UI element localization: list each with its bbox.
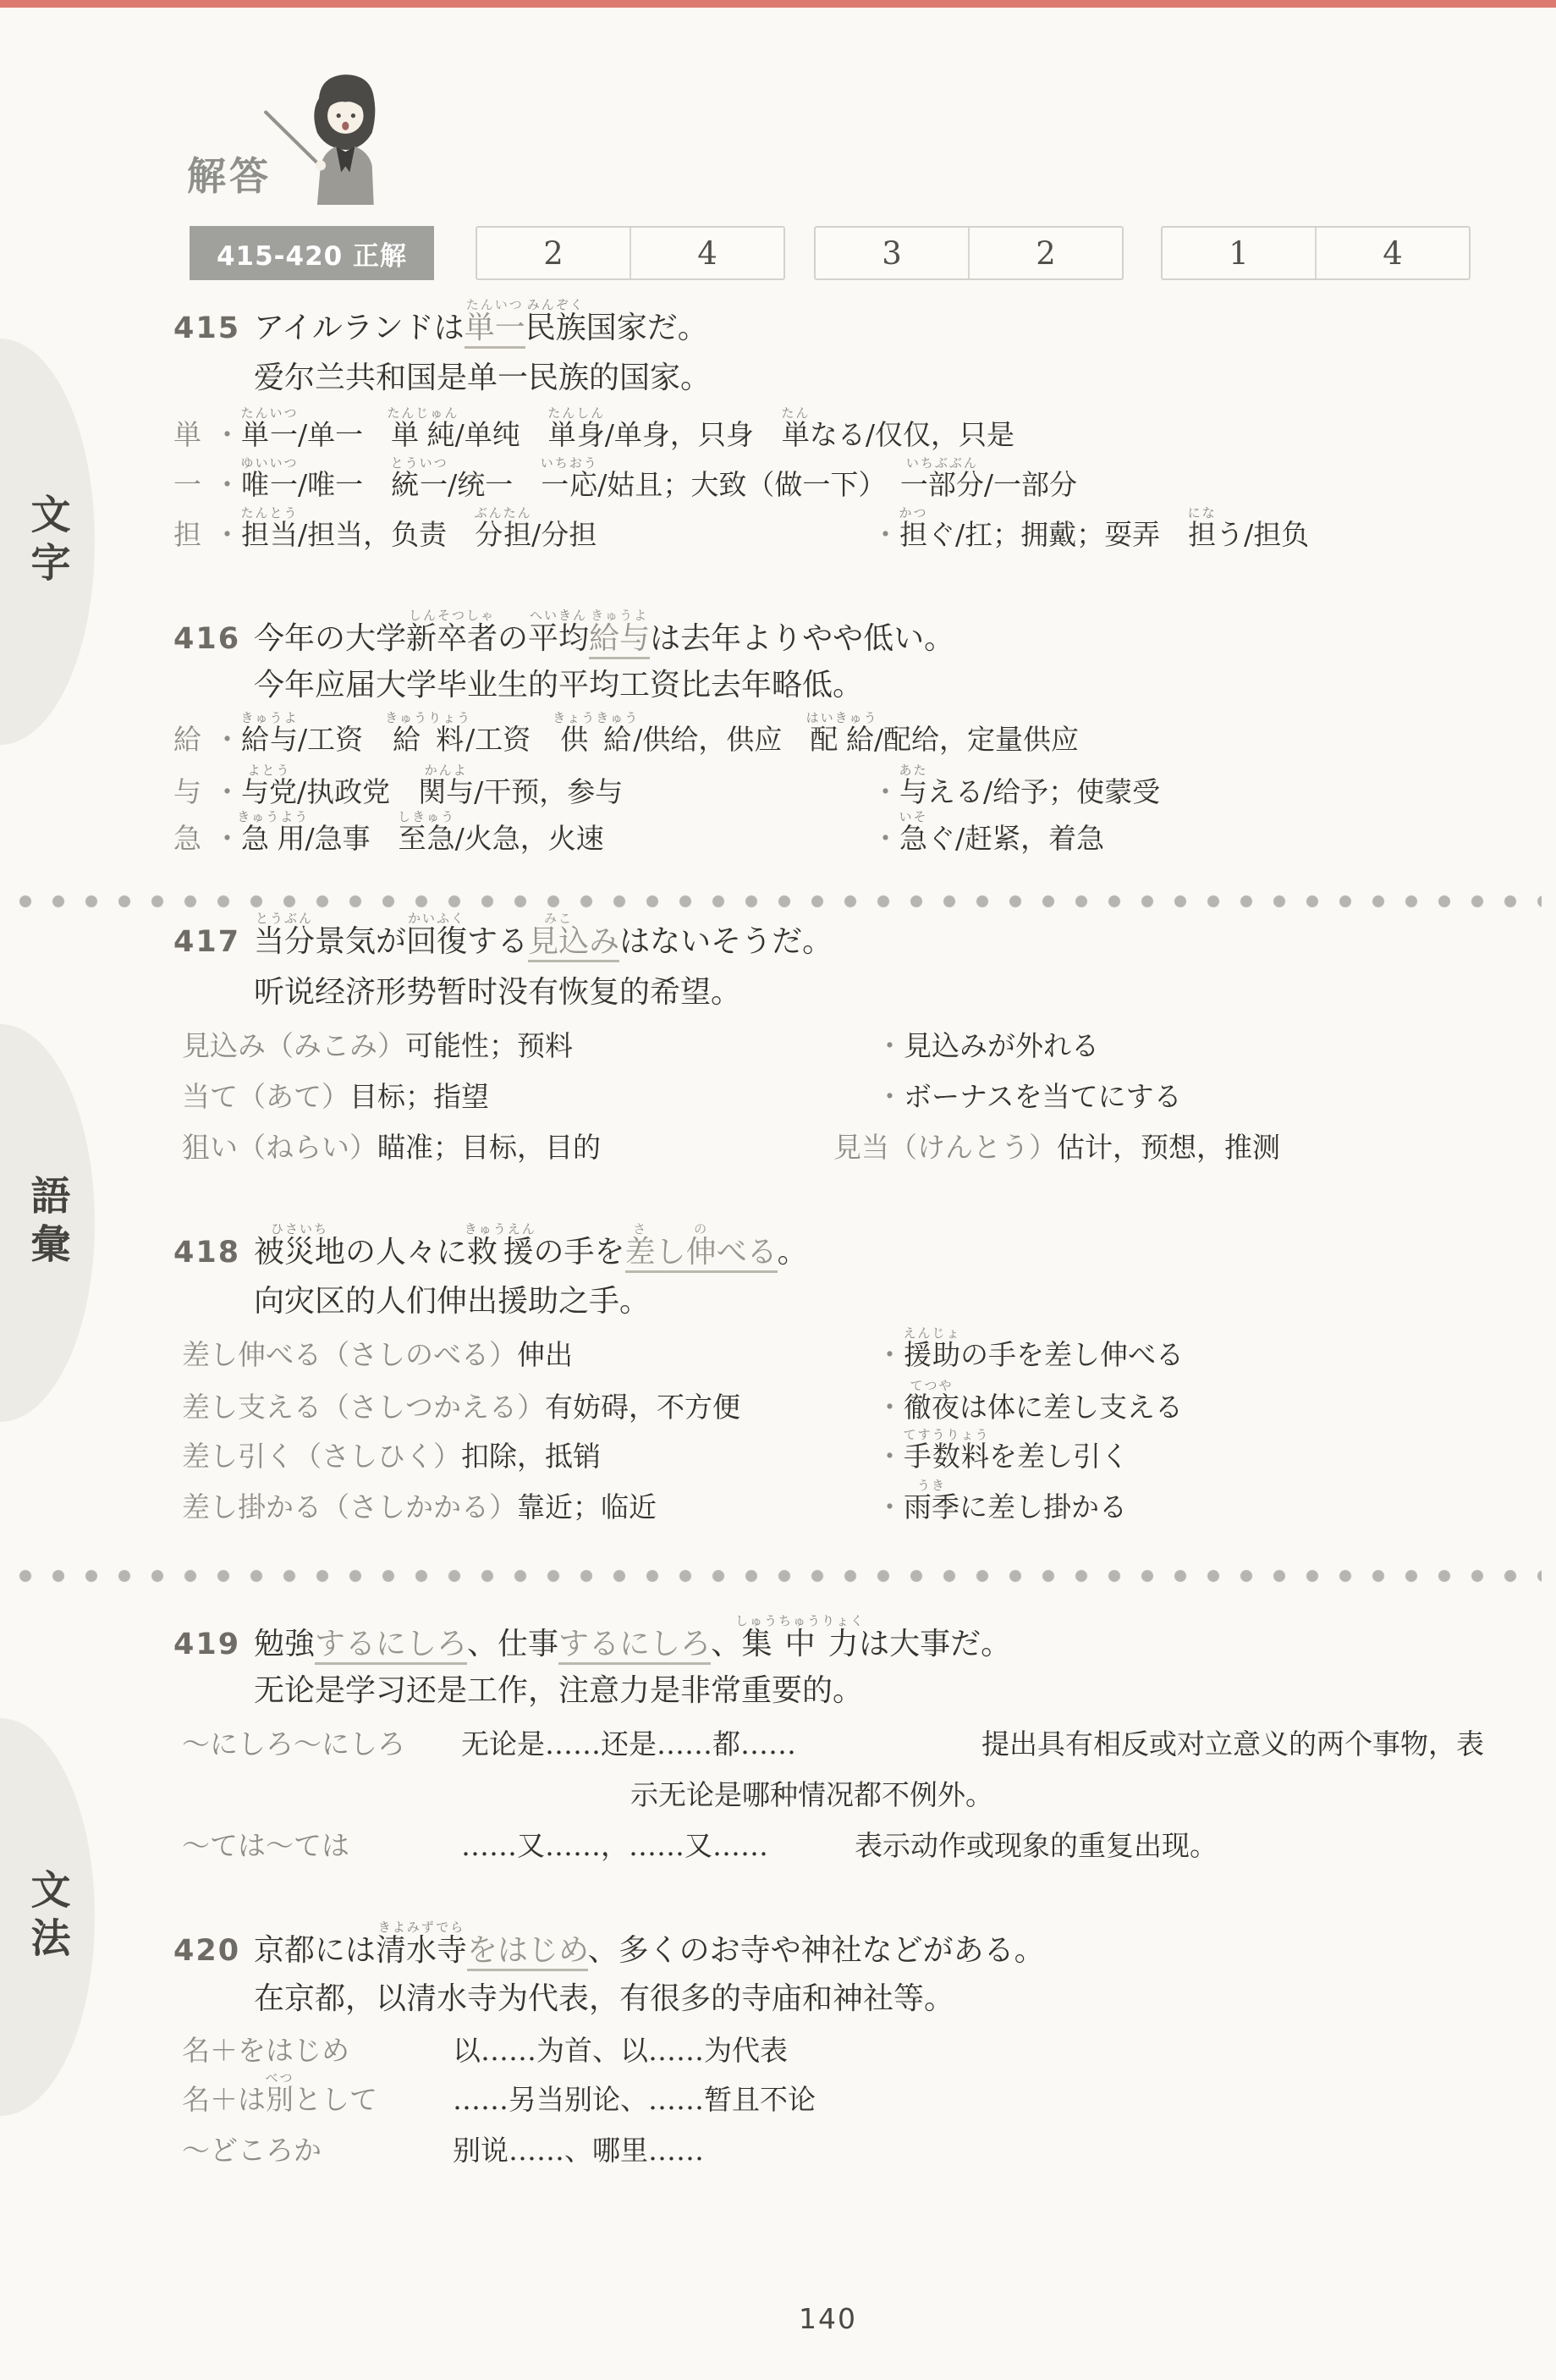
- text-chunk: ・急いそぐ/赶紧，着急: [871, 809, 1104, 854]
- ruby-word: 統一とういつ: [391, 468, 448, 501]
- text-segment: 差し引く（さしひく）: [182, 1440, 461, 1473]
- text-chunk: 向灾区的人们伸出援助之手。: [254, 1286, 650, 1318]
- answer-word: するにしろ: [315, 1627, 467, 1665]
- text-chunk: ・見込みが外れる: [876, 1032, 1099, 1061]
- text-segment: ・: [876, 1440, 904, 1473]
- ruby-word: 担かつ: [899, 518, 927, 551]
- text-chunk: ・手数料てすうりょうを差し引く: [876, 1427, 1129, 1472]
- text-chunk: 表示动作或现象的重复出现。: [855, 1832, 1218, 1861]
- text-chunk: 被災地ひさいちの人々に救援きゅうえんの手を差さし伸のべる。: [254, 1221, 808, 1269]
- text-chunk: 在京都，以清水寺为代表，有很多的寺庙和神社等。: [254, 1983, 954, 2015]
- ruby-word: 清水寺きよみずでら: [376, 1933, 467, 1968]
- vocab-row: 与・与党よとう/执政党 関与かんよ/干预，参与・与あたえる/给予；使蒙受: [0, 770, 1556, 807]
- teacher-girl-illustration: [261, 69, 389, 207]
- text-chunk: ～どころか: [182, 2136, 322, 2166]
- ruby-word: 当分とうぶん: [254, 924, 315, 959]
- grammar-row: ～どころか别说……、哪里……: [0, 2129, 1556, 2166]
- ruby-word: 供給きょうきゅう: [558, 723, 633, 756]
- ruby-word: 被災地ひさいち: [254, 1235, 345, 1270]
- text-segment: ・: [213, 468, 241, 501]
- entry-row: 差し支える（さしつかえる）有妨碍，不方便・徹夜てつやは体に差し支える: [0, 1386, 1556, 1423]
- text-chunk: 給: [173, 725, 201, 755]
- text-segment: 見込み（みこみ）: [182, 1029, 405, 1062]
- entry-row: 狙い（ねらい）瞄准；目标，目的見当（けんとう）估计，预想，推测: [0, 1126, 1556, 1163]
- answer-group: 24: [476, 226, 785, 280]
- text-chunk: ・担当たんとう/担当，负责 分担ぶんたん/分担: [213, 505, 597, 550]
- text-segment: ・: [213, 418, 241, 451]
- ruby-word: 一応いちおう: [541, 468, 597, 501]
- ruby-word: 担当たんとう: [241, 518, 298, 551]
- text-segment: ・: [213, 723, 241, 756]
- text-chunk: 見当（けんとう）估计，预想，推测: [833, 1133, 1280, 1163]
- text-chunk: 勉強するにしろ、仕事するにしろ、集中力しゅうちゅうりょくは大事だ。: [254, 1613, 1011, 1661]
- eye: [337, 113, 341, 118]
- text-chunk: 差し伸べる（さしのべる）伸出: [182, 1341, 573, 1370]
- page-number: 140: [799, 2302, 857, 2335]
- text-chunk: ・援助えんじょの手を差し伸べる: [876, 1325, 1184, 1370]
- text-chunk: 今年の大学新卒者しんそつしゃの平均へいきん給与きゅうよは去年よりやや低い。: [254, 608, 954, 655]
- answer-group: 14: [1161, 226, 1471, 280]
- text-chunk: 与: [173, 778, 201, 807]
- text-segment: ・: [871, 822, 899, 855]
- ruby-word: 与あた: [899, 775, 927, 808]
- question-number: 418: [173, 1237, 240, 1269]
- text-segment: 差し掛かる（さしかかる）: [182, 1490, 517, 1523]
- mouth: [342, 122, 349, 130]
- text-chunk: 差し掛かる（さしかかる）靠近；临近: [182, 1493, 657, 1523]
- answer-group: 32: [814, 226, 1124, 280]
- q418-translation: 向灾区的人们伸出援助之手。: [0, 1281, 1556, 1318]
- q415-translation: 爱尔兰共和国是单一民族的国家。: [0, 357, 1556, 394]
- text-segment: ・: [871, 518, 899, 551]
- ruby-word: 至急しきゅう: [399, 822, 455, 855]
- text-segment: 名＋は: [182, 2083, 266, 2116]
- answer-cell: 3: [816, 228, 968, 278]
- answer-cell: 1: [1163, 228, 1315, 278]
- answer-word: をはじめ: [467, 1933, 588, 1971]
- ruby-word: 民族みんぞく: [525, 311, 586, 345]
- text-segment: ・: [876, 1490, 904, 1523]
- text-segment: ～どころか: [182, 2134, 322, 2167]
- q416-sentence: 416今年の大学新卒者しんそつしゃの平均へいきん給与きゅうよは去年よりやや低い。: [0, 618, 1556, 655]
- text-chunk: ・急用きゅうよう/急事 至急しきゅう/火急，火速: [213, 809, 604, 854]
- text-chunk: 当分とうぶん景気が回復かいふくする見込みこみはないそうだ。: [254, 911, 833, 958]
- text-segment: ・: [871, 775, 899, 808]
- textbook-answer-page: 解答 415-420 正解 243214 文字語彙文法 415アイルランドは単一…: [0, 0, 1556, 2380]
- q417-translation: 听说经济形势暂时没有恢复的希望。: [0, 972, 1556, 1009]
- ruby-word: 手数料てすうりょう: [904, 1440, 989, 1473]
- text-segment: 当て（あて）: [182, 1080, 349, 1113]
- answer-word: べる: [717, 1235, 778, 1273]
- ruby-word: 単たん: [782, 418, 810, 451]
- text-chunk: 差し引く（さしひく）扣除，抵销: [182, 1442, 601, 1472]
- text-chunk: 今年应届大学毕业生的平均工资比去年略低。: [254, 669, 863, 702]
- ruby-word: 一部分いちぶぶん: [900, 468, 984, 501]
- answer-word: し: [656, 1235, 686, 1273]
- text-chunk: 名＋は別べつとして: [182, 2070, 377, 2115]
- ruby-word: 平均へいきん: [528, 621, 589, 656]
- vocab-row: 担・担当たんとう/担当，负责 分担ぶんたん/分担・担かつぐ/扛；拥戴；耍弄 担に…: [0, 513, 1556, 550]
- question-number: 420: [173, 1936, 240, 1967]
- page-top-accent-bar: [0, 0, 1556, 8]
- text-segment: 差し支える（さしつかえる）: [182, 1391, 545, 1424]
- ruby-word: 担にな: [1188, 518, 1216, 551]
- text-chunk: 无论是学习还是工作，注意力是非常重要的。: [254, 1675, 863, 1707]
- question-number: 419: [173, 1629, 240, 1661]
- pointer-stick: [266, 113, 321, 167]
- text-segment: ・: [876, 1029, 904, 1062]
- text-segment: 急: [173, 822, 201, 855]
- ruby-word: 単一たんいつ: [241, 418, 298, 451]
- q419-sentence: 419勉強するにしろ、仕事するにしろ、集中力しゅうちゅうりょくは大事だ。: [0, 1623, 1556, 1661]
- answer-word: 伸の: [686, 1235, 717, 1273]
- text-segment: 単: [173, 418, 201, 451]
- page-title: 解答: [187, 146, 272, 201]
- text-chunk: 无论是……还是……都……: [461, 1730, 796, 1760]
- ruby-word: 与党よとう: [241, 775, 297, 808]
- question-number: 415: [173, 313, 240, 344]
- text-chunk: 提出具有相反或对立意义的两个事物，表: [981, 1730, 1484, 1760]
- text-chunk: 以……为首、以……为代表: [453, 2036, 788, 2066]
- text-chunk: 狙い（ねらい）瞄准；目标，目的: [182, 1133, 601, 1163]
- ruby-word: 単純たんじゅん: [391, 418, 455, 451]
- text-chunk: 差し支える（さしつかえる）有妨碍，不方便: [182, 1393, 740, 1423]
- text-chunk: 爱尔兰共和国是单一民族的国家。: [254, 362, 711, 394]
- entry-row: 差し掛かる（さしかかる）靠近；临近・雨季うきに差し掛かる: [0, 1485, 1556, 1523]
- text-chunk: ・唯一ゆいいつ/唯一 統一とういつ/统一 一応いちおう/姑且；大致（做一下） 一…: [213, 455, 1077, 500]
- text-segment: ～ては～ては: [182, 1829, 349, 1862]
- answer-word: 見込みこ: [528, 924, 589, 962]
- text-segment: ～にしろ～にしろ: [182, 1727, 405, 1760]
- text-chunk: ・与あたえる/给予；使蒙受: [871, 763, 1160, 807]
- question-number: 416: [173, 624, 240, 655]
- vocab-row: 一・唯一ゆいいつ/唯一 統一とういつ/统一 一応いちおう/姑且；大致（做一下） …: [0, 463, 1556, 500]
- text-chunk: ・担かつぐ/扛；拥戴；耍弄 担になう/担负: [871, 505, 1309, 550]
- ruby-word: 回復かいふく: [406, 924, 467, 959]
- text-chunk: 担: [173, 521, 201, 550]
- q417-sentence: 417当分とうぶん景気が回復かいふくする見込みこみはないそうだ。: [0, 921, 1556, 958]
- answer-cell: 2: [477, 228, 630, 278]
- q420-translation: 在京都，以清水寺为代表，有很多的寺庙和神社等。: [0, 1978, 1556, 2015]
- text-chunk: ・ボーナスを当てにする: [876, 1083, 1182, 1112]
- dotted-divider: [19, 895, 1542, 908]
- answer-cell: 4: [1315, 228, 1469, 278]
- text-chunk: ・徹夜てつやは体に差し支える: [876, 1378, 1183, 1423]
- text-segment: ・: [213, 775, 241, 808]
- eye: [351, 113, 355, 118]
- ruby-word: 給与きゅうよ: [241, 723, 298, 756]
- ruby-word: 関与かんよ: [418, 775, 474, 808]
- text-segment: 見当（けんとう）: [833, 1131, 1057, 1164]
- text-chunk: ・給与きゅうよ/工资 給料きゅうりょう/工资 供給きょうきゅう/供给，供应 配給…: [213, 710, 1079, 755]
- text-segment: 差し伸べる（さしのべる）: [182, 1338, 517, 1371]
- text-chunk: ～ては～ては: [182, 1832, 349, 1861]
- ruby-word: 分担ぶんたん: [475, 518, 531, 551]
- text-chunk: ～にしろ～にしろ: [182, 1730, 405, 1760]
- text-chunk: 示无论是哪种情况都不例外。: [630, 1781, 993, 1810]
- ruby-word: 急用きゅうよう: [241, 822, 305, 855]
- text-segment: 給: [173, 723, 201, 756]
- grammar-row: 名＋は別べつとして……另当别论、……暂且不论: [0, 2078, 1556, 2115]
- ruby-word: 給料きゅうりょう: [391, 723, 465, 756]
- hand: [316, 160, 326, 170]
- grammar-row: 名＋をはじめ以……为首、以……为代表: [0, 2029, 1556, 2066]
- text-segment: 担: [173, 518, 201, 551]
- answer-word: 差さ: [625, 1235, 656, 1273]
- answer-cell: 4: [630, 228, 783, 278]
- text-chunk: 名＋をはじめ: [182, 2036, 349, 2066]
- ruby-word: 援助えんじょ: [904, 1338, 960, 1371]
- text-segment: 名＋をはじめ: [182, 2034, 349, 2067]
- q418-sentence: 418被災地ひさいちの人々に救援きゅうえんの手を差さし伸のべる。: [0, 1231, 1556, 1269]
- grammar-row: ～ては～ては……又……，……又……表示动作或现象的重复出现。: [0, 1824, 1556, 1861]
- question-number: 417: [173, 927, 240, 958]
- entry-row: 当て（あて）目标；指望・ボーナスを当てにする: [0, 1075, 1556, 1112]
- q416-translation: 今年应届大学毕业生的平均工资比去年略低。: [0, 664, 1556, 702]
- ruby-word: 新卒者しんそつしゃ: [406, 621, 498, 656]
- dotted-divider: [19, 1569, 1542, 1583]
- text-segment: ・: [876, 1080, 904, 1113]
- q415-sentence: 415アイルランドは単一たんいつ民族みんぞく国家だ。: [0, 307, 1556, 344]
- text-chunk: 京都には清水寺きよみずでらをはじめ、多くのお寺や神社などがある。: [254, 1920, 1045, 1967]
- text-segment: 狙い（ねらい）: [182, 1131, 377, 1164]
- text-chunk: ・与党よとう/执政党 関与かんよ/干预，参与: [213, 763, 623, 807]
- ruby-word: 唯一ゆいいつ: [241, 468, 298, 501]
- answer-cell: 2: [968, 228, 1122, 278]
- text-chunk: 别说……、哪里……: [453, 2136, 704, 2166]
- text-chunk: ・単一たんいつ/单一 単純たんじゅん/单纯 単身たんしん/单身，只身 単たんなる…: [213, 405, 1014, 450]
- ruby-word: 配給はいきゅう: [810, 723, 874, 756]
- vocab-row: 給・給与きゅうよ/工资 給料きゅうりょう/工资 供給きょうきゅう/供给，供应 配…: [0, 718, 1556, 755]
- ruby-word: 単身たんしん: [548, 418, 605, 451]
- text-segment: 与: [173, 775, 201, 808]
- text-chunk: 単: [173, 421, 201, 450]
- entry-row: 差し引く（さしひく）扣除，抵销・手数料てすうりょうを差し引く: [0, 1435, 1556, 1472]
- text-segment: ・: [876, 1391, 904, 1424]
- answer-word: 給与きゅうよ: [589, 621, 650, 659]
- text-segment: 一: [173, 468, 201, 501]
- q420-sentence: 420京都には清水寺きよみずでらをはじめ、多くのお寺や神社などがある。: [0, 1930, 1556, 1967]
- entry-row: 差し伸べる（さしのべる）伸出・援助えんじょの手を差し伸べる: [0, 1333, 1556, 1370]
- text-chunk: アイルランドは単一たんいつ民族みんぞく国家だ。: [254, 297, 708, 344]
- answer-word: み: [589, 924, 619, 962]
- text-chunk: 見込み（みこみ）可能性；预料: [182, 1032, 573, 1061]
- answer-word: するにしろ: [558, 1627, 711, 1665]
- grammar-row-cont: 示无论是哪种情况都不例外。: [0, 1773, 1556, 1810]
- ruby-word: 雨季うき: [904, 1490, 959, 1523]
- text-chunk: ……另当别论、……暂且不论: [453, 2085, 816, 2115]
- grammar-row: ～にしろ～にしろ无论是……还是……都……提出具有相反或对立意义的两个事物，表: [0, 1722, 1556, 1760]
- entry-row: 見込み（みこみ）可能性；预料・見込みが外れる: [0, 1024, 1556, 1061]
- vocab-row: 単・単一たんいつ/单一 単純たんじゅん/单纯 単身たんしん/单身，只身 単たんな…: [0, 413, 1556, 450]
- ruby-word: 救援きゅうえん: [467, 1235, 534, 1270]
- ruby-word: 急いそ: [899, 822, 927, 855]
- text-segment: として: [294, 2083, 377, 2116]
- text-chunk: 听说经济形势暂时没有恢复的希望。: [254, 977, 741, 1009]
- text-chunk: 一: [173, 471, 201, 500]
- ruby-word: 別べつ: [266, 2083, 294, 2116]
- vocab-row: 急・急用きゅうよう/急事 至急しきゅう/火急，火速・急いそぐ/赶紧，着急: [0, 817, 1556, 854]
- text-chunk: ・雨季うきに差し掛かる: [876, 1478, 1127, 1523]
- ruby-word: 徹夜てつや: [904, 1391, 959, 1424]
- text-chunk: 急: [173, 824, 201, 854]
- text-chunk: ……又……，……又……: [461, 1832, 768, 1861]
- answer-word: 単一たんいつ: [465, 311, 525, 349]
- text-chunk: 当て（あて）目标；指望: [182, 1083, 489, 1112]
- q419-translation: 无论是学习还是工作，注意力是非常重要的。: [0, 1670, 1556, 1707]
- text-segment: ・: [876, 1338, 904, 1371]
- text-segment: ・: [213, 518, 241, 551]
- ruby-word: 集中力しゅうちゅうりょく: [741, 1627, 859, 1661]
- answer-range-label: 415-420 正解: [190, 226, 434, 280]
